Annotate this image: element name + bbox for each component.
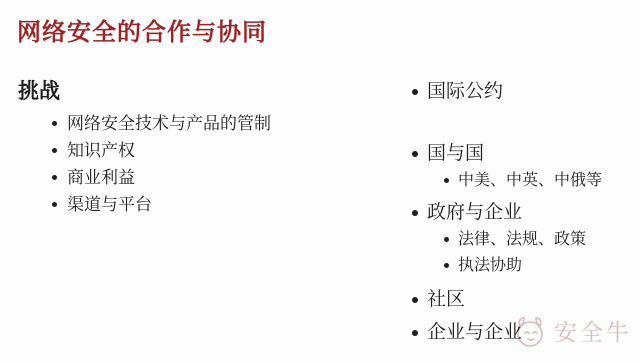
list-item: 网络安全技术与产品的管制 — [18, 110, 393, 137]
bullet-dot — [444, 263, 449, 268]
list-item: 社区 — [408, 286, 640, 314]
bullet-dot — [412, 89, 418, 95]
cooperation-list: 国际公约 国与国 中美、中英、中俄等 政府与企业 法律、法规、政策 执法协助 — [408, 78, 640, 347]
list-item-label: 国际公约 — [427, 81, 503, 102]
list-item: 知识产权 — [18, 137, 393, 164]
bullet-dot — [52, 202, 57, 207]
cooperation-section: 国际公约 国与国 中美、中英、中俄等 政府与企业 法律、法规、政策 执法协助 — [408, 78, 640, 347]
list-item: 政府与企业 — [408, 199, 640, 227]
bullet-dot — [412, 210, 418, 216]
challenges-section: 挑战 网络安全技术与产品的管制 知识产权 商业利益 渠道与平台 — [18, 80, 393, 218]
bullet-dot — [444, 237, 449, 242]
list-item-label: 法律、法规、政策 — [458, 231, 586, 248]
bullet-dot — [52, 148, 57, 153]
list-item: 渠道与平台 — [18, 191, 393, 218]
list-item-label: 知识产权 — [67, 141, 135, 160]
challenges-list: 网络安全技术与产品的管制 知识产权 商业利益 渠道与平台 — [18, 110, 393, 218]
list-item-label: 企业与企业 — [427, 322, 522, 343]
list-item-label: 中美、中英、中俄等 — [458, 172, 602, 189]
slide-title: 网络安全的合作与协同 — [17, 12, 267, 47]
bullet-dot — [52, 175, 57, 180]
bullet-dot — [412, 330, 418, 336]
list-subitem: 执法协助 — [408, 253, 640, 279]
list-item: 商业利益 — [18, 164, 393, 191]
list-item-label: 渠道与平台 — [67, 195, 152, 214]
list-item-label: 政府与企业 — [427, 202, 522, 223]
bullet-dot — [52, 121, 57, 126]
list-item-label: 社区 — [427, 289, 465, 310]
list-item: 国与国 — [408, 140, 640, 168]
list-subitem: 法律、法规、政策 — [408, 227, 640, 253]
list-item: 国际公约 — [408, 78, 640, 106]
presentation-slide: 网络安全的合作与协同 挑战 网络安全技术与产品的管制 知识产权 商业利益 渠道与… — [0, 0, 640, 363]
bullet-dot — [412, 297, 418, 303]
bullet-dot — [444, 178, 449, 183]
list-subitem: 中美、中英、中俄等 — [408, 168, 640, 194]
list-item-label: 商业利益 — [67, 168, 135, 187]
list-item-label: 执法协助 — [458, 257, 522, 274]
list-item-label: 国与国 — [427, 143, 484, 164]
list-item-label: 网络安全技术与产品的管制 — [67, 114, 271, 133]
list-item: 企业与企业 — [408, 319, 640, 347]
bullet-dot — [412, 151, 418, 157]
challenges-heading: 挑战 — [18, 80, 393, 104]
